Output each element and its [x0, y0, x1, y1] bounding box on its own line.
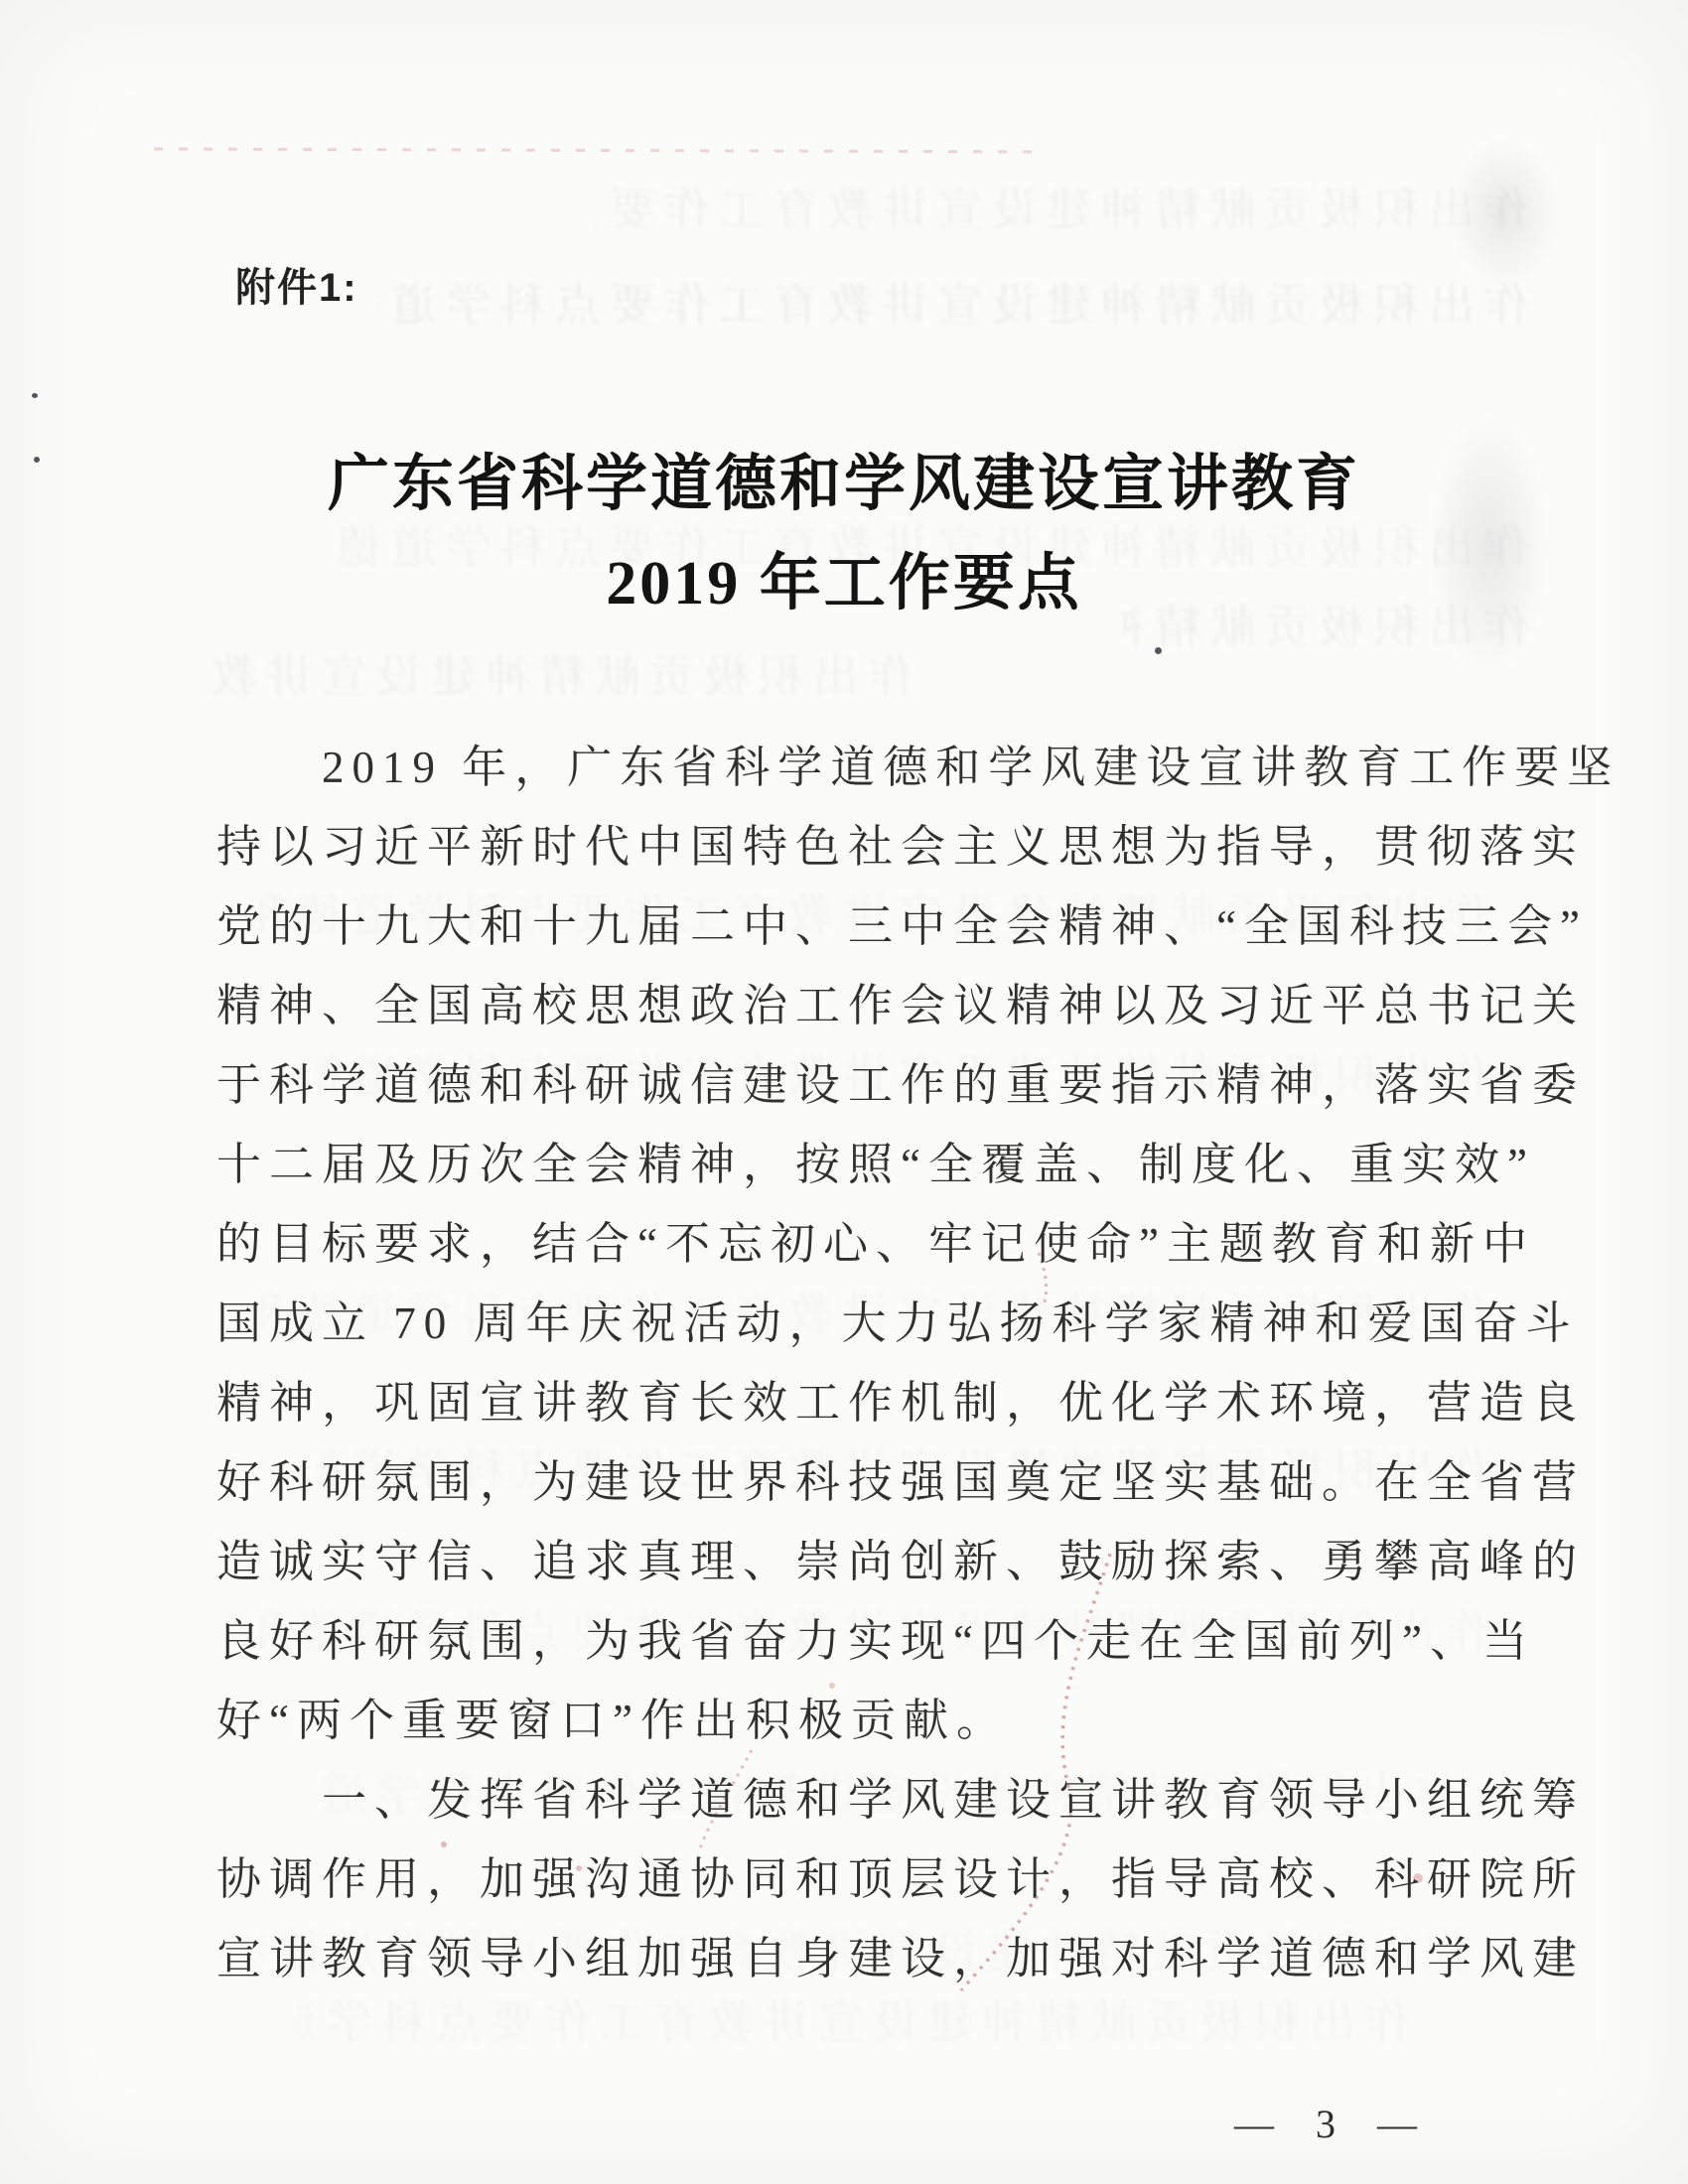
- body-line: 十二届及历次全会精神，按照“全覆盖、制度化、重实效”: [216, 1125, 1497, 1204]
- body-line: 协调作用，加强沟通协同和顶层设计，指导高校、科研院所: [216, 1840, 1497, 1919]
- body-line: 精神、全国高校思想政治工作会议精神以及习近平总书记关: [216, 966, 1497, 1045]
- scanned-document-page: 作出积极贡献精神建设宣讲教育工作要点科学道德和学风全省营造诚实守信追求真理崇尚创…: [0, 0, 1688, 2184]
- bleed-through-row: 作出积极贡献精神建设宣讲教育工作要点科学道德和学风全省营造诚实守信追求真理崇尚创…: [596, 181, 1529, 240]
- body-line-section-heading: 一、发挥省科学道德和学风建设宣讲教育领导小组统筹: [216, 1760, 1497, 1840]
- body-line: 的目标要求，结合“不忘初心、牢记使命”主题教育和新中: [216, 1204, 1497, 1284]
- smudge-blob: [1450, 139, 1559, 288]
- document-title-line2: 2019 年工作要点: [0, 534, 1688, 633]
- body-line: 好科研氛围，为建设世界科技强国奠定坚实基础。在全省营: [216, 1442, 1497, 1522]
- body-line: 宣讲教育领导小组加强自身建设，加强对科学道德和学风建: [216, 1919, 1497, 1998]
- bleed-through-row: 作出积极贡献精神建设宣讲教育工作要点科学道德和学风全省营造诚实守信追求真理崇尚创…: [199, 647, 914, 707]
- body-line: 良好科研氛围，为我省奋力实现“四个走在全国前列”、当: [216, 1601, 1497, 1681]
- body-line: 持以习近平新时代中国特色社会主义思想为指导，贯彻落实: [216, 807, 1497, 887]
- attachment-label: 附件1:: [235, 256, 358, 313]
- document-title-line1: 广东省科学道德和学风建设宣讲教育: [0, 435, 1688, 534]
- body-line: 造诚实守信、追求真理、崇尚创新、鼓励探索、勇攀高峰的: [216, 1522, 1497, 1601]
- body-line: 党的十九大和十九届二中、三中全会精神、“全国科技三会”: [216, 887, 1497, 966]
- page-number: — 3 —: [1234, 2097, 1433, 2152]
- body-line: 好“两个重要窗口”作出积极贡献。: [216, 1681, 1497, 1760]
- body-line: 2019 年，广东省科学道德和学风建设宣讲教育工作要坚: [216, 728, 1497, 807]
- body-line: 精神，巩固宣讲教育长效工作机制，优化学术环境，营造良: [216, 1363, 1497, 1442]
- body-line: 国成立 70 周年庆祝活动，大力弘扬科学家精神和爱国奋斗: [216, 1284, 1497, 1363]
- red-ink-top-dashes: [154, 149, 1048, 152]
- document-title: 广东省科学道德和学风建设宣讲教育 2019 年工作要点: [0, 435, 1688, 633]
- document-body: 2019 年，广东省科学道德和学风建设宣讲教育工作要坚 持以习近平新时代中国特色…: [216, 728, 1497, 1998]
- bleed-through-row: 作出积极贡献精神建设宣讲教育工作要点科学道德和学风全省营造诚实守信追求真理崇尚创…: [298, 1993, 1410, 2053]
- scan-speck: [32, 393, 38, 398]
- bleed-through-row: 作出积极贡献精神建设宣讲教育工作要点科学道德和学风全省营造诚实守信追求真理崇尚创…: [377, 276, 1529, 336]
- scan-speck: [1155, 647, 1162, 654]
- body-line: 于科学道德和科研诚信建设工作的重要指示精神，落实省委: [216, 1045, 1497, 1125]
